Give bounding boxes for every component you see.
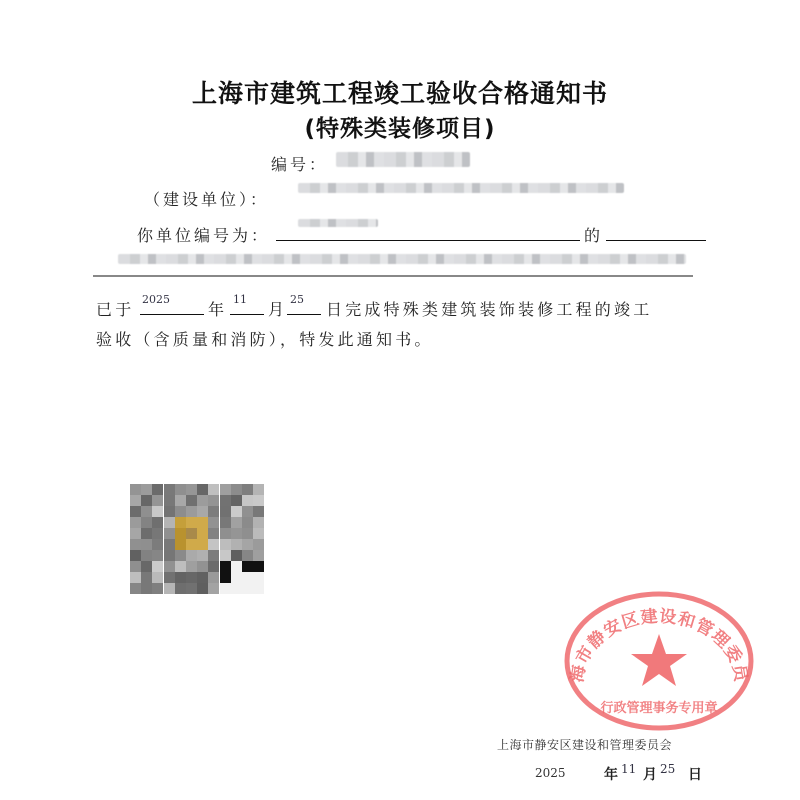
developer-value-redacted xyxy=(298,183,624,193)
issue-year: 2025 xyxy=(535,766,566,780)
document-subtitle: (特殊类装修项目) xyxy=(0,110,800,143)
completion-line2: 验收（含质量和消防），特发此通知书。 xyxy=(96,327,434,350)
number-value-redacted xyxy=(336,152,470,167)
completion-prefix: 已于 xyxy=(96,297,134,320)
qr-code xyxy=(130,484,264,594)
completion-month: 11 xyxy=(233,293,247,306)
issue-month-label: 月 xyxy=(643,764,657,784)
completion-year: 2025 xyxy=(142,293,170,306)
of-underline xyxy=(606,226,706,241)
issue-day: 25 xyxy=(660,762,675,776)
year-label: 年 xyxy=(208,297,227,320)
month-label: 月 xyxy=(268,297,287,320)
star-icon xyxy=(631,634,687,686)
number-label: 编号： xyxy=(271,152,328,175)
stamp-inner-text: 行政管理事务专用章 xyxy=(600,700,717,716)
issue-year-label: 年 xyxy=(604,764,618,784)
unit-code-label: 你单位编号为： xyxy=(137,223,270,246)
completion-day-label: 日完成特殊类建筑装饰装修工程的竣工 xyxy=(326,297,652,320)
project-line-redacted xyxy=(118,254,686,264)
completion-day: 25 xyxy=(290,293,304,306)
signer: 上海市静安区建设和管理委员会 xyxy=(497,736,672,753)
of-label: 的 xyxy=(584,223,603,246)
official-stamp: 上海市静安区建设和管理委员会 行政管理事务专用章 xyxy=(563,590,755,732)
document-title: 上海市建筑工程竣工验收合格通知书 xyxy=(0,74,800,110)
divider xyxy=(93,275,693,277)
unit-code-underline xyxy=(276,226,580,241)
issue-day-label: 日 xyxy=(688,764,702,784)
issue-month: 11 xyxy=(621,762,636,776)
developer-label: （建设单位）： xyxy=(144,187,269,210)
